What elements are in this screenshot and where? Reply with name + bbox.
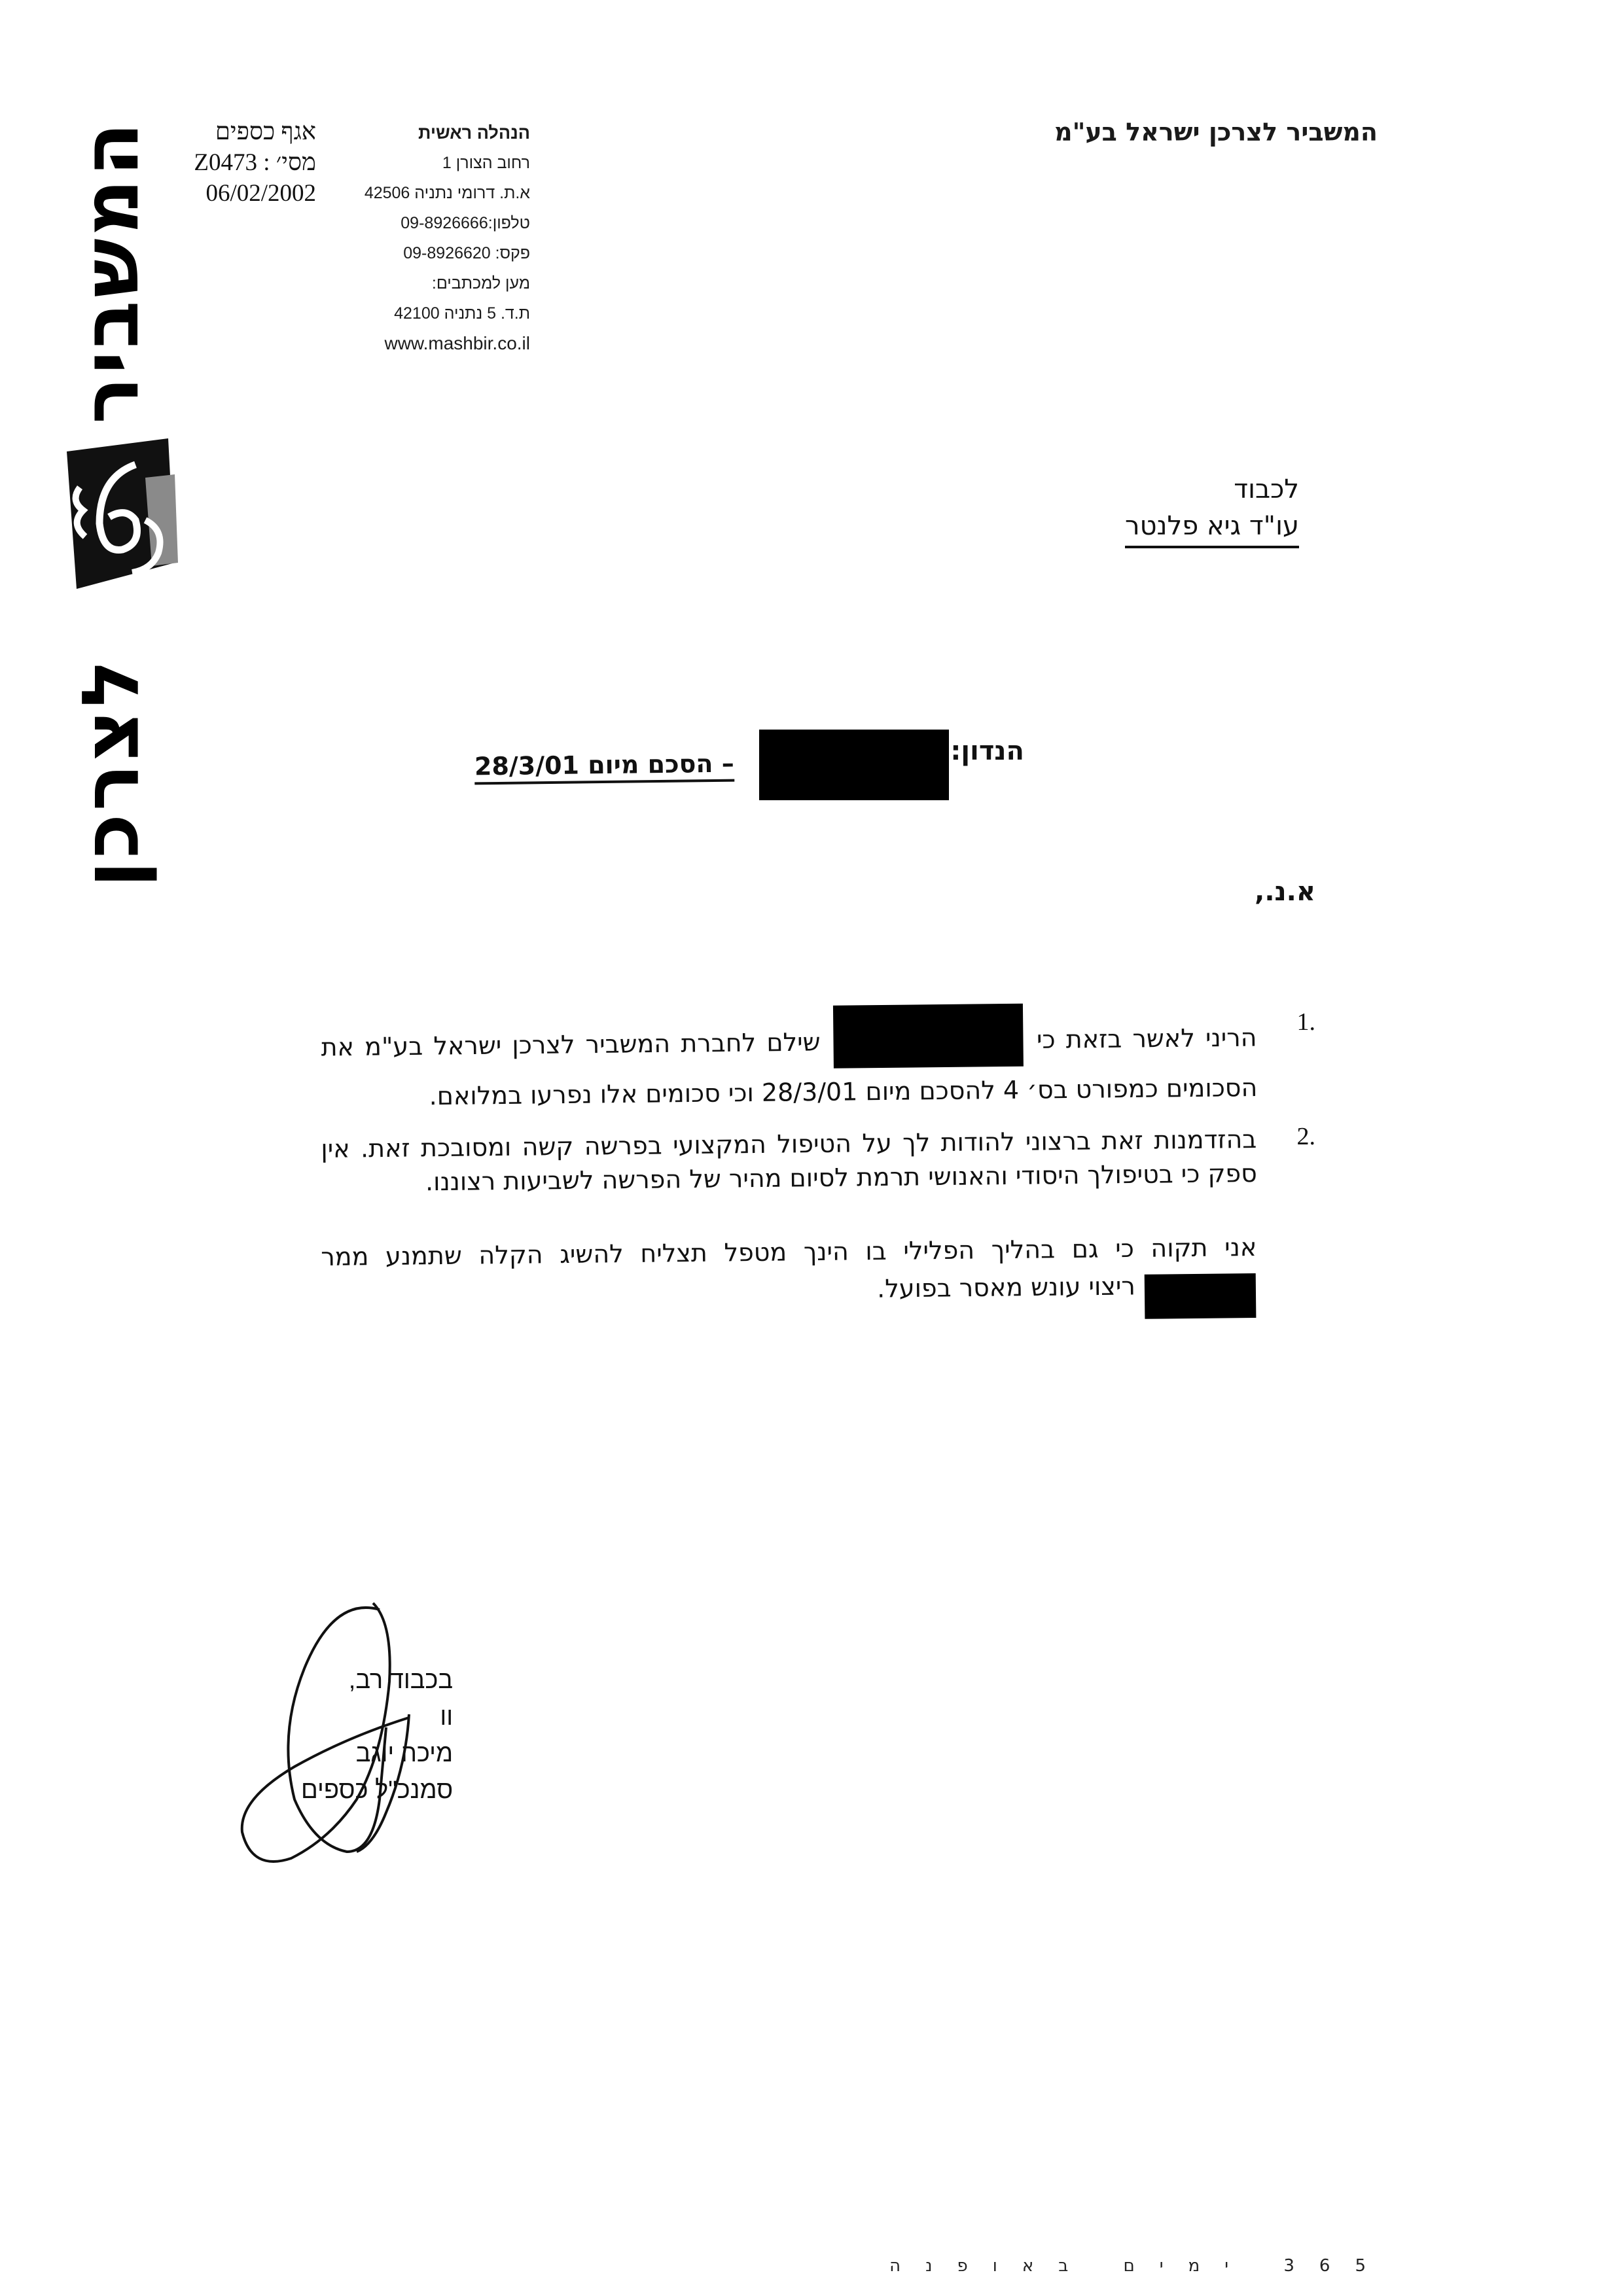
logo-text-bottom: לצרכן bbox=[66, 657, 157, 887]
paragraph-1-text-start: הריני לאשר בזאת כי bbox=[1037, 1023, 1257, 1054]
subject-text: – הסכם מיום 28/3/01 bbox=[474, 749, 734, 785]
paragraph-1: הריני לאשר בזאת כי שילם לחברת המשביר לצר… bbox=[321, 1008, 1257, 1114]
address-fax: פקס: 09-8926620 bbox=[327, 238, 530, 268]
address-title: הנהלה ראשית bbox=[327, 118, 530, 148]
signer-name: מיכה יוגב bbox=[301, 1735, 453, 1772]
paragraph-number-2: 2. bbox=[1297, 1122, 1316, 1151]
recipient-name: עו"ד גיא פלנטר bbox=[1125, 508, 1299, 548]
logo-text-top: המשביר bbox=[66, 119, 157, 423]
address-block: הנהלה ראשית רחוב הצורן 1 א.ת. דרומי נתני… bbox=[327, 118, 530, 359]
logo-text-bottom-wrap: לצרכן bbox=[46, 622, 177, 923]
address-area: א.ת. דרומי נתניה 42506 bbox=[327, 178, 530, 208]
recipient-block: לכבוד עו"ד גיא פלנטר bbox=[1125, 471, 1299, 548]
department-name: אגף כספים bbox=[169, 116, 316, 147]
closing-regards: בכבוד רב, bbox=[301, 1662, 453, 1699]
paragraph-number-1: 1. bbox=[1297, 1008, 1316, 1036]
logo-365-icon bbox=[54, 438, 178, 595]
salutation: א.נ., bbox=[1255, 877, 1315, 907]
closing-block: בכבוד רב, וו מיכה יוגב סמנכ"ל כספים bbox=[301, 1662, 453, 1809]
address-street: רחוב הצורן 1 bbox=[327, 148, 530, 178]
paragraph-2-continuation-end: ריצוי עונש מאסר בפועל. bbox=[877, 1271, 1135, 1303]
reference-number: מסי׳ : Z0473 bbox=[169, 147, 316, 178]
subject-label: הנדון: bbox=[950, 736, 1024, 766]
company-name: המשביר לצרכן ישראל בע"מ bbox=[1054, 118, 1378, 147]
paragraph-2-continuation: אני תקוה כי גם בהליך הפלילי בו הינך מטפל… bbox=[321, 1230, 1257, 1318]
redaction-box bbox=[833, 1004, 1024, 1069]
redaction-box bbox=[759, 730, 949, 800]
department-block: אגף כספים מסי׳ : Z0473 06/02/2002 bbox=[169, 116, 316, 209]
subject-line: הנדון: – הסכם מיום 28/3/01 bbox=[468, 723, 1044, 795]
redaction-box bbox=[1145, 1273, 1257, 1319]
letter-date: 06/02/2002 bbox=[169, 178, 316, 209]
recipient-greeting: לכבוד bbox=[1125, 471, 1299, 508]
address-po-box: ת.ד. 5 נתניה 42100 bbox=[327, 298, 530, 328]
closing-mark: וו bbox=[301, 1699, 453, 1735]
address-phone: טלפון:09-8926666 bbox=[327, 208, 530, 238]
website-link[interactable]: www.mashbir.co.il bbox=[327, 328, 530, 359]
paragraph-2: בהזדמנות זאת ברצוני להודות לך על הטיפול … bbox=[321, 1122, 1257, 1200]
signer-title: סמנכ"ל כספים bbox=[301, 1772, 453, 1809]
footer-slogan: 365 ימים באופנה bbox=[889, 2256, 1391, 2276]
paragraph-2-continuation-start: אני תקוה כי גם בהליך הפלילי בו הינך מטפל… bbox=[321, 1233, 1257, 1271]
address-mail-label: מען למכתבים: bbox=[327, 268, 530, 298]
company-logo: המשביר לצרכן bbox=[46, 118, 177, 805]
logo-text-top-wrap: המשביר bbox=[46, 118, 177, 425]
